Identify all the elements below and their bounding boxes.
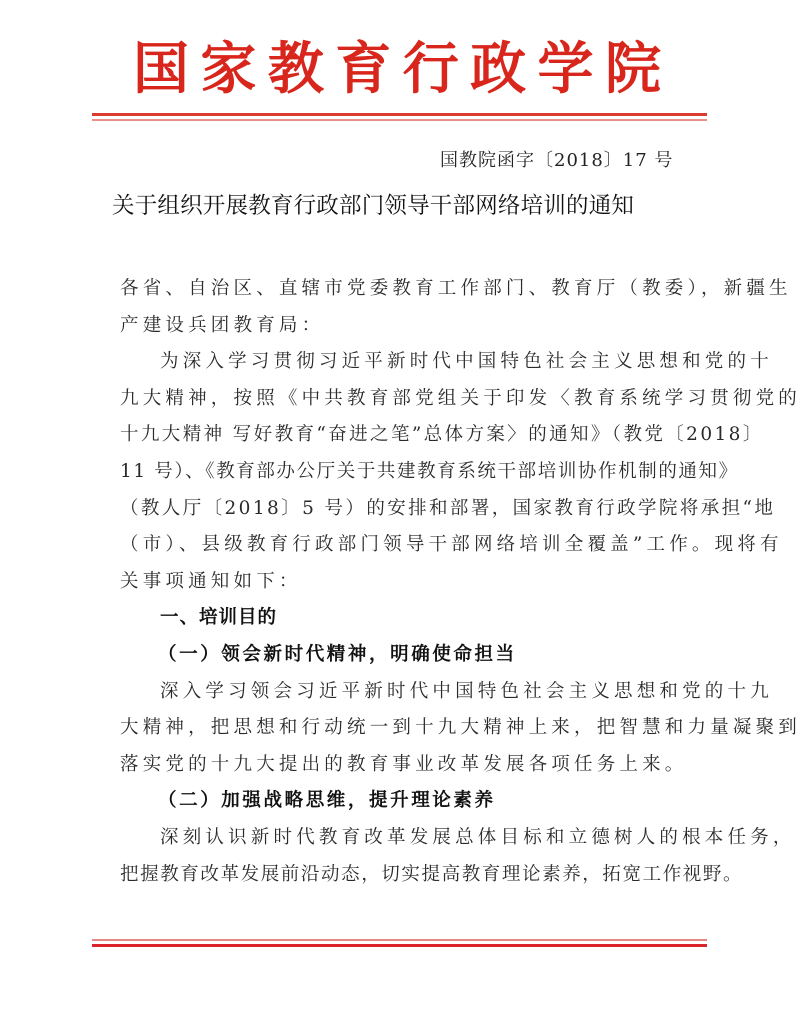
document-title: 关于组织开展教育行政部门领导干部网络培训的通知 bbox=[112, 186, 712, 226]
paragraph-line: 深入学习领会习近平新时代中国特色社会主义思想和党的十九 bbox=[120, 674, 690, 711]
masthead-char: 国 bbox=[132, 36, 190, 102]
intro-line: 九大精神，按照《中共教育部党组关于印发〈教育系统学习贯彻党的 bbox=[120, 381, 690, 418]
addressee-line: 产建设兵团教育局： bbox=[120, 308, 690, 345]
footer-divider-thin bbox=[92, 939, 707, 941]
masthead-char: 育 bbox=[334, 36, 392, 102]
masthead-char: 院 bbox=[604, 36, 662, 102]
intro-line: 为深入学习贯彻习近平新时代中国特色社会主义思想和党的十 bbox=[120, 344, 690, 381]
paragraph-line: 把握教育改革发展前沿动态，切实提高教育理论素养，拓宽工作视野。 bbox=[120, 857, 690, 894]
intro-line: 11 号）、《教育部办公厅关于共建教育系统干部培训协作机制的通知》 bbox=[120, 454, 690, 491]
masthead-institution-name: 国 家 教 育 行 政 学 院 bbox=[132, 36, 662, 102]
intro-line: （市）、县级教育行政部门领导干部网络培训全覆盖”工作。现将有 bbox=[120, 527, 690, 564]
addressee-line: 各省、自治区、直辖市党委教育工作部门、教育厅（教委），新疆生 bbox=[120, 271, 690, 308]
subsection-heading: （二）加强战略思维，提升理论素养 bbox=[120, 783, 690, 820]
document-body: 各省、自治区、直辖市党委教育工作部门、教育厅（教委），新疆生 产建设兵团教育局：… bbox=[120, 271, 690, 893]
paragraph-line: 深刻认识新时代教育改革发展总体目标和立德树人的根本任务， bbox=[120, 820, 690, 857]
footer-divider-thick bbox=[92, 944, 707, 947]
intro-line: （教人厅〔2018〕5 号）的安排和部署，国家教育行政学院将承担“地 bbox=[120, 491, 690, 528]
intro-line: 十九大精神 写好教育“奋进之笔”总体方案〉的通知》（教党〔2018〕 bbox=[120, 417, 690, 454]
paragraph-line: 大精神，把思想和行动统一到十九大精神上来，把智慧和力量凝聚到 bbox=[120, 710, 690, 747]
masthead-char: 家 bbox=[199, 36, 257, 102]
masthead-char: 政 bbox=[469, 36, 527, 102]
document-number: 国教院函字〔2018〕17 号 bbox=[440, 146, 700, 176]
subsection-heading: （一）领会新时代精神，明确使命担当 bbox=[120, 637, 690, 674]
document-page: 国 家 教 育 行 政 学 院 国教院函字〔2018〕17 号 关于组织开展教育… bbox=[0, 0, 800, 1023]
paragraph-line: 落实党的十九大提出的教育事业改革发展各项任务上来。 bbox=[120, 747, 690, 784]
masthead-char: 教 bbox=[267, 36, 325, 102]
section-heading: 一、培训目的 bbox=[120, 600, 690, 637]
intro-line: 关事项通知如下： bbox=[120, 564, 690, 601]
masthead-char: 行 bbox=[402, 36, 460, 102]
header-divider-thin bbox=[92, 119, 707, 121]
header-divider-thick bbox=[92, 113, 707, 116]
masthead-char: 学 bbox=[537, 36, 595, 102]
